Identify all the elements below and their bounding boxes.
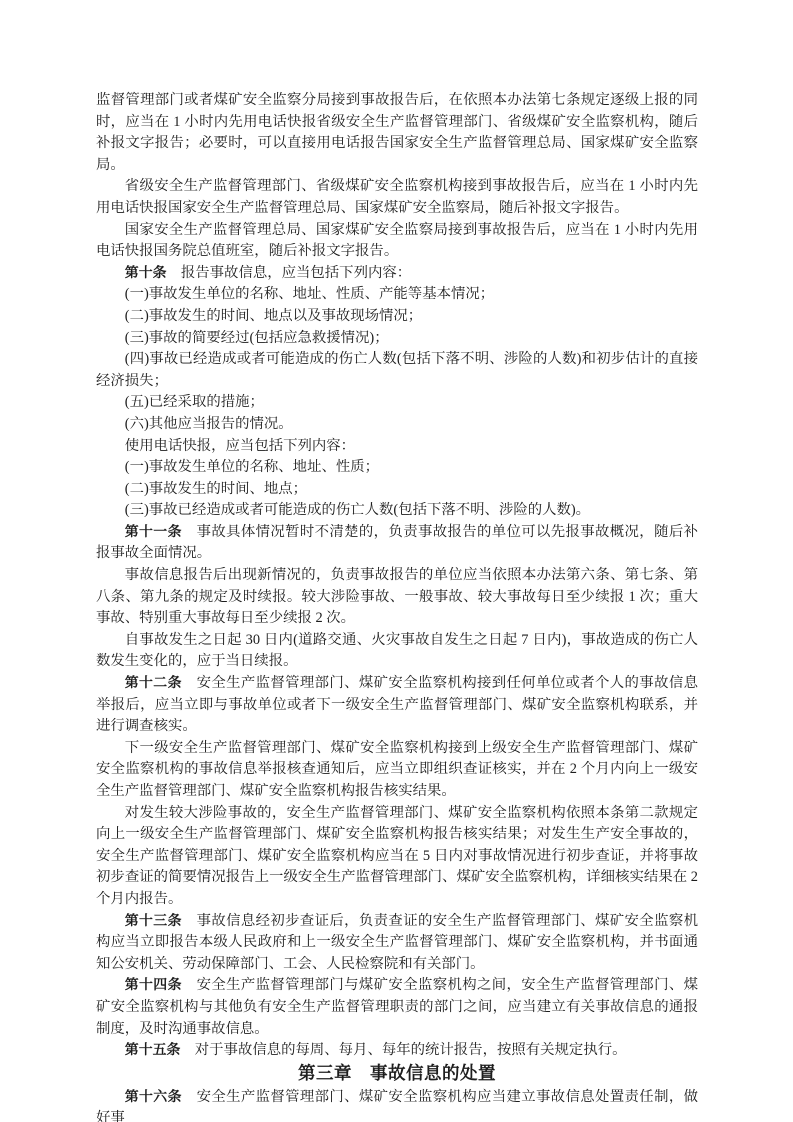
- article-number: 第十一条: [125, 524, 182, 540]
- paragraph-text: (四)事故已经造成或者可能造成的伤亡人数(包括下落不明、涉险的人数)和初步估计的…: [96, 351, 698, 389]
- paragraph: (五)已经采取的措施；: [96, 392, 698, 414]
- document-body: 监督管理部门或者煤矿安全监察分局接到事故报告后，在依照本办法第七条规定逐级上报的…: [96, 90, 698, 1122]
- paragraph: 第十一条 事故具体情况暂时不清楚的，负责事故报告的单位可以先报事故概况，随后补报…: [96, 522, 698, 565]
- chapter-heading-text: 第三章 事故信息的处置: [298, 1064, 496, 1084]
- paragraph: (二)事故发生的时间、地点以及事故现场情况；: [96, 306, 698, 328]
- paragraph-text: 事故信息报告后出现新情况的，负责事故报告的单位应当依照本办法第六条、第七条、第八…: [96, 567, 698, 626]
- paragraph: (一)事故发生单位的名称、地址、性质、产能等基本情况；: [96, 284, 698, 306]
- paragraph: 对发生较大涉险事故的，安全生产监督管理部门、煤矿安全监察机构依照本条第二款规定向…: [96, 803, 698, 911]
- paragraph-text: (六)其他应当报告的情况。: [125, 416, 293, 432]
- article-number: 第十五条: [125, 1042, 181, 1058]
- paragraph: 下一级安全生产监督管理部门、煤矿安全监察机构接到上级安全生产监督管理部门、煤矿安…: [96, 738, 698, 803]
- paragraph: (三)事故已经造成或者可能造成的伤亡人数(包括下落不明、涉险的人数)。: [96, 500, 698, 522]
- paragraph: 第十四条 安全生产监督管理部门与煤矿安全监察机构之间，安全生产监督管理部门、煤矿…: [96, 975, 698, 1040]
- paragraph: 监督管理部门或者煤矿安全监察分局接到事故报告后，在依照本办法第七条规定逐级上报的…: [96, 90, 698, 176]
- paragraph-text: 事故具体情况暂时不清楚的，负责事故报告的单位可以先报事故概况，随后补报事故全面情…: [96, 524, 698, 562]
- paragraph-text: 事故信息经初步查证后，负责查证的安全生产监督管理部门、煤矿安全监察机构应当立即报…: [96, 913, 698, 972]
- paragraph: (六)其他应当报告的情况。: [96, 414, 698, 436]
- paragraph: (四)事故已经造成或者可能造成的伤亡人数(包括下落不明、涉险的人数)和初步估计的…: [96, 349, 698, 392]
- paragraph: 省级安全生产监督管理部门、省级煤矿安全监察机构接到事故报告后，应当在 1 小时内…: [96, 176, 698, 219]
- paragraph-text: 安全生产监督管理部门、煤矿安全监察机构接到任何单位或者个人的事故信息举报后，应当…: [96, 675, 698, 734]
- paragraph-text: 安全生产监督管理部门与煤矿安全监察机构之间，安全生产监督管理部门、煤矿安全监察机…: [96, 977, 698, 1036]
- paragraph: 第十二条 安全生产监督管理部门、煤矿安全监察机构接到任何单位或者个人的事故信息举…: [96, 673, 698, 738]
- paragraph: 第十六条 安全生产监督管理部门、煤矿安全监察机构应当建立事故信息处置责任制，做好…: [96, 1087, 698, 1122]
- article-number: 第十三条: [125, 913, 182, 929]
- paragraph: 国家安全生产监督管理总局、国家煤矿安全监察局接到事故报告后，应当在 1 小时内先…: [96, 220, 698, 263]
- paragraph-text: 报告事故信息，应当包括下列内容：: [166, 265, 411, 281]
- paragraph-text: (一)事故发生单位的名称、地址、性质、产能等基本情况；: [125, 286, 494, 302]
- paragraph-text: 下一级安全生产监督管理部门、煤矿安全监察机构接到上级安全生产监督管理部门、煤矿安…: [96, 740, 698, 799]
- paragraph-text: (三)事故已经造成或者可能造成的伤亡人数(包括下落不明、涉险的人数)。: [125, 502, 590, 518]
- paragraph-text: 对于事故信息的每周、每月、每年的统计报告，按照有关规定执行。: [180, 1042, 626, 1058]
- document-page: 监督管理部门或者煤矿安全监察分局接到事故报告后，在依照本办法第七条规定逐级上报的…: [0, 0, 793, 1122]
- paragraph: 使用电话快报，应当包括下列内容：: [96, 436, 698, 458]
- article-number: 第十四条: [125, 977, 182, 993]
- paragraph-text: (二)事故发生的时间、地点以及事故现场情况；: [125, 308, 422, 324]
- chapter-heading: 第三章 事故信息的处置: [96, 1062, 698, 1087]
- paragraph-text: 安全生产监督管理部门、煤矿安全监察机构应当建立事故信息处置责任制，做好事: [96, 1089, 698, 1122]
- paragraph-text: (一)事故发生单位的名称、地址、性质；: [125, 459, 379, 475]
- paragraph: 第十三条 事故信息经初步查证后，负责查证的安全生产监督管理部门、煤矿安全监察机构…: [96, 911, 698, 976]
- paragraph-text: (三)事故的简要经过(包括应急救援情况)；: [125, 330, 389, 346]
- paragraph-text: 省级安全生产监督管理部门、省级煤矿安全监察机构接到事故报告后，应当在 1 小时内…: [96, 178, 698, 216]
- paragraph-text: 国家安全生产监督管理总局、国家煤矿安全监察局接到事故报告后，应当在 1 小时内先…: [96, 222, 698, 260]
- paragraph: 第十条 报告事故信息，应当包括下列内容：: [96, 263, 698, 285]
- paragraph-text: (五)已经采取的措施；: [125, 394, 264, 410]
- paragraph: 事故信息报告后出现新情况的，负责事故报告的单位应当依照本办法第六条、第七条、第八…: [96, 565, 698, 630]
- paragraph: (三)事故的简要经过(包括应急救援情况)；: [96, 328, 698, 350]
- paragraph-text: 自事故发生之日起 30 日内(道路交通、火灾事故自发生之日起 7 日内)，事故造…: [96, 632, 698, 670]
- paragraph: (二)事故发生的时间、地点；: [96, 479, 698, 501]
- article-number: 第十二条: [125, 675, 182, 691]
- article-number: 第十六条: [125, 1089, 182, 1105]
- paragraph-text: 使用电话快报，应当包括下列内容：: [125, 438, 355, 454]
- paragraph-text: 监督管理部门或者煤矿安全监察分局接到事故报告后，在依照本办法第七条规定逐级上报的…: [96, 92, 698, 173]
- paragraph: 自事故发生之日起 30 日内(道路交通、火灾事故自发生之日起 7 日内)，事故造…: [96, 630, 698, 673]
- article-number: 第十条: [125, 265, 167, 281]
- paragraph-text: (二)事故发生的时间、地点；: [125, 481, 307, 497]
- paragraph-text: 对发生较大涉险事故的，安全生产监督管理部门、煤矿安全监察机构依照本条第二款规定向…: [96, 805, 698, 907]
- paragraph: (一)事故发生单位的名称、地址、性质；: [96, 457, 698, 479]
- paragraph: 第十五条 对于事故信息的每周、每月、每年的统计报告，按照有关规定执行。: [96, 1040, 698, 1062]
